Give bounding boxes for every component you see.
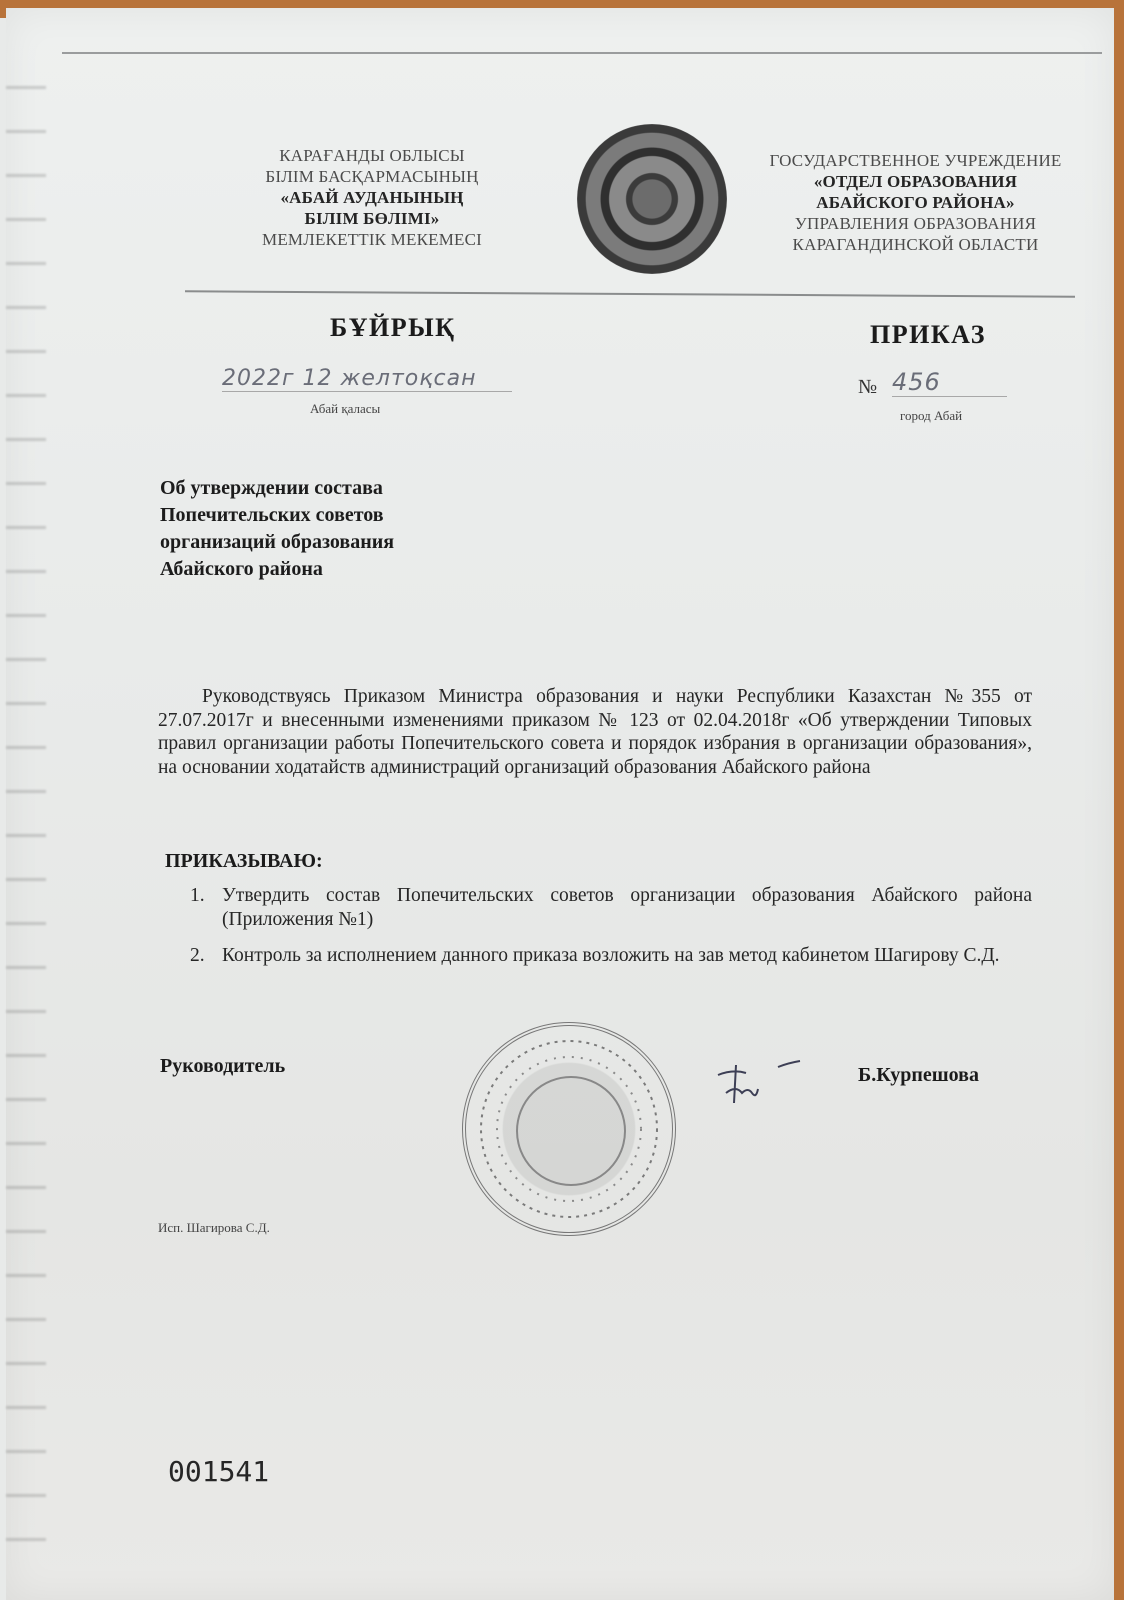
- state-emblem-icon: [577, 124, 727, 274]
- document-serial-number: 001541: [168, 1455, 269, 1488]
- order-item-text: Контроль за исполнением данного приказа …: [222, 944, 1032, 968]
- header-left-line: МЕМЛЕКЕТТІК МЕКЕМЕСІ: [222, 229, 522, 250]
- subject-line: Абайского района: [160, 556, 394, 583]
- order-number-handwritten: 456: [892, 368, 1007, 397]
- header-right-line: «ОТДЕЛ ОБРАЗОВАНИЯ: [748, 171, 1083, 192]
- preamble-paragraph: Руководствуясь Приказом Министра образов…: [158, 685, 1032, 779]
- order-number-label: №: [858, 376, 877, 399]
- official-seal-stamp: [462, 1022, 676, 1236]
- header-left-line: «АБАЙ АУДАНЫНЫҢ: [222, 187, 522, 208]
- header-right-line: ГОСУДАРСТВЕННОЕ УЧРЕЖДЕНИЕ: [748, 150, 1083, 171]
- header-left-line: КАРАҒАНДЫ ОБЛЫСЫ: [222, 145, 522, 166]
- header-left-line: БІЛІМ БАСҚАРМАСЫНЫҢ: [222, 166, 522, 187]
- punched-edge-marks: [6, 68, 46, 1568]
- order-subject: Об утверждении состава Попечительских со…: [160, 475, 394, 583]
- order-item-number: 1.: [190, 884, 205, 908]
- subject-line: Об утверждении состава: [160, 475, 394, 502]
- header-left-line: БІЛІМ БӨЛІМІ»: [222, 208, 522, 229]
- header-right-ru: ГОСУДАРСТВЕННОЕ УЧРЕЖДЕНИЕ «ОТДЕЛ ОБРАЗО…: [748, 150, 1083, 255]
- order-item: 1. Утвердить состав Попечительских совет…: [190, 884, 1032, 931]
- executor-note: Исп. Шагирова С.Д.: [158, 1220, 270, 1236]
- header-left-kz: КАРАҒАНДЫ ОБЛЫСЫ БІЛІМ БАСҚАРМАСЫНЫҢ «АБ…: [222, 145, 522, 250]
- order-date-handwritten: 2022г 12 желтоқсан: [222, 366, 512, 392]
- order-title-ru: ПРИКАЗ: [870, 320, 986, 350]
- header-right-line: КАРАГАНДИНСКОЙ ОБЛАСТИ: [748, 234, 1083, 255]
- order-title-kz: БҰЙРЫҚ: [330, 313, 455, 343]
- top-rule: [62, 52, 1102, 54]
- signatory-name: Б.Курпешова: [858, 1064, 979, 1087]
- handwritten-signature-icon: [708, 1055, 808, 1110]
- order-city-ru: город Абай: [900, 408, 962, 424]
- order-item-number: 2.: [190, 944, 205, 968]
- signatory-position: Руководитель: [160, 1055, 285, 1078]
- stamp-emblem-icon: [516, 1076, 626, 1186]
- directive-heading: ПРИКАЗЫВАЮ:: [165, 850, 323, 873]
- header-right-line: АБАЙСКОГО РАЙОНА»: [748, 192, 1083, 213]
- order-item: 2. Контроль за исполнением данного прика…: [190, 944, 1032, 968]
- order-city-kz: Абай қаласы: [310, 401, 380, 417]
- subject-line: Попечительских советов: [160, 502, 394, 529]
- order-item-text: Утвердить состав Попечительских советов …: [222, 884, 1032, 931]
- header-right-line: УПРАВЛЕНИЯ ОБРАЗОВАНИЯ: [748, 213, 1083, 234]
- subject-line: организаций образования: [160, 529, 394, 556]
